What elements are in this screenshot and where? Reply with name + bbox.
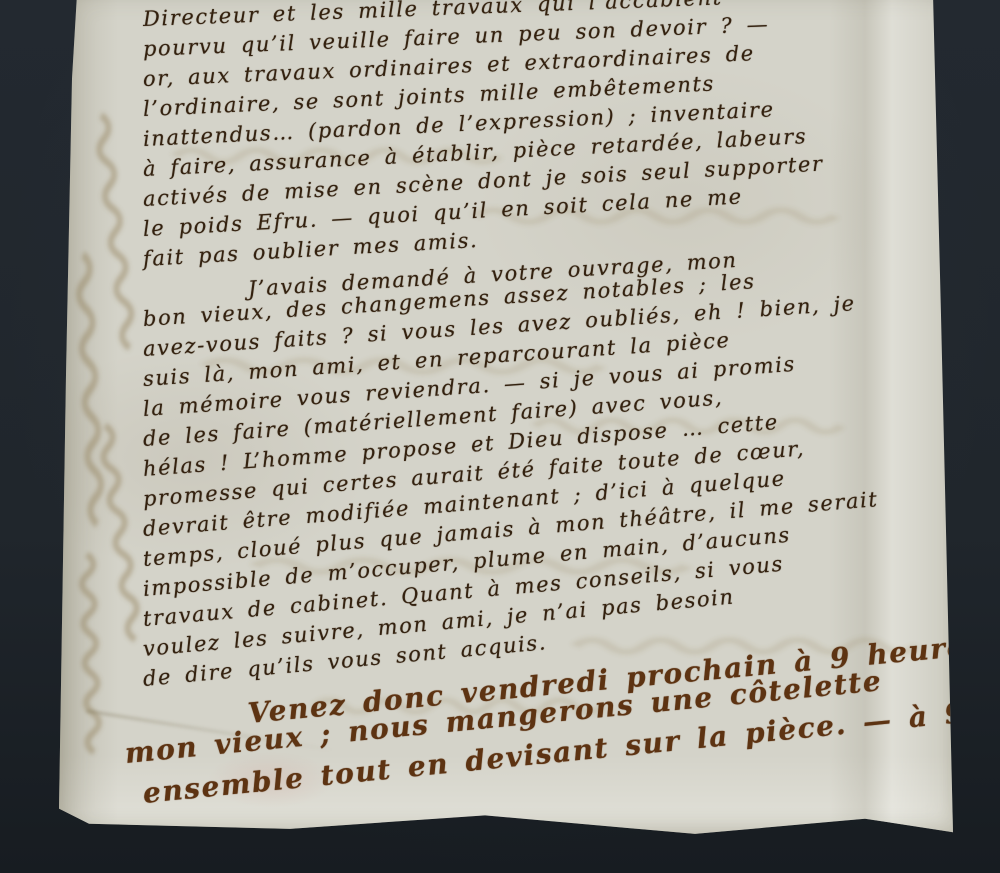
photo-background: …s d’app…Directeur et les mille travaux … — [0, 0, 1000, 873]
letter-body: …s d’app…Directeur et les mille travaux … — [143, 0, 933, 814]
manuscript-paper: …s d’app…Directeur et les mille travaux … — [55, 0, 955, 839]
